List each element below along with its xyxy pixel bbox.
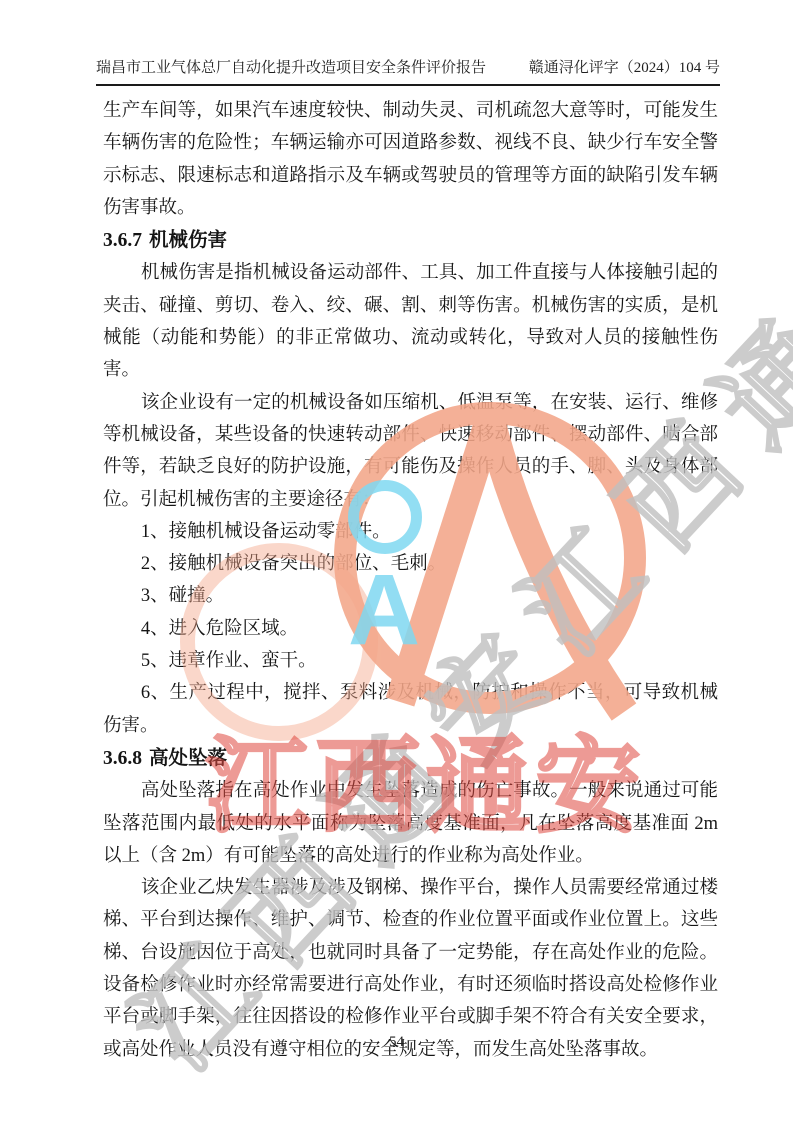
list-item-3: 3、碰撞。 — [103, 580, 718, 612]
page-footer: 54 — [0, 1034, 793, 1051]
section-title: 高处坠落 — [149, 747, 227, 769]
section-number: 3.6.7 — [103, 230, 142, 251]
section-heading-3-6-7: 3.6.7机械伤害 — [103, 224, 718, 257]
paragraph-vehicle-hazard: 生产车间等，如果汽车速度较快、制动失灵、司机疏忽大意等时，可能发生车辆伤害的危险… — [103, 95, 718, 224]
section-number: 3.6.8 — [103, 748, 142, 769]
header-report-title: 瑞昌市工业气体总厂自动化提升改造项目安全条件评价报告 — [96, 57, 486, 79]
paragraph-mechanical-definition: 机械伤害是指机械设备运动部件、工具、加工件直接与人体接触引起的夹击、碰撞、剪切、… — [103, 257, 718, 386]
paragraph-fall-definition: 高处坠落指在高处作业中发生坠落造成的伤亡事故。一般来说通过可能坠落范围内最低处的… — [103, 775, 718, 872]
list-item-5: 5、违章作业、蛮干。 — [103, 645, 718, 677]
header-doc-number: 赣通浔化评字（2024）104 号 — [529, 57, 720, 79]
list-item-2: 2、接触机械设备突出的部位、毛刺。 — [103, 548, 718, 580]
section-title: 机械伤害 — [149, 229, 227, 251]
section-heading-3-6-8: 3.6.8高处坠落 — [103, 742, 718, 775]
list-item-4: 4、进入危险区域。 — [103, 613, 718, 645]
report-body: 生产车间等，如果汽车速度较快、制动失灵、司机疏忽大意等时，可能发生车辆伤害的危险… — [103, 95, 718, 1066]
document-page: 瑞昌市工业气体总厂自动化提升改造项目安全条件评价报告 赣通浔化评字（2024）1… — [0, 0, 793, 1122]
paragraph-mechanical-equipment: 该企业设有一定的机械设备如压缩机、低温泵等，在安装、运行、维修等机械设备，某些设… — [103, 387, 718, 516]
list-item-6: 6、生产过程中，搅拌、泵料涉及机械，防护和操作不当，可导致机械伤害。 — [103, 677, 718, 742]
page-number: 54 — [389, 1034, 404, 1050]
list-item-1: 1、接触机械设备运动零部件。 — [103, 516, 718, 548]
page-header: 瑞昌市工业气体总厂自动化提升改造项目安全条件评价报告 赣通浔化评字（2024）1… — [96, 57, 720, 86]
